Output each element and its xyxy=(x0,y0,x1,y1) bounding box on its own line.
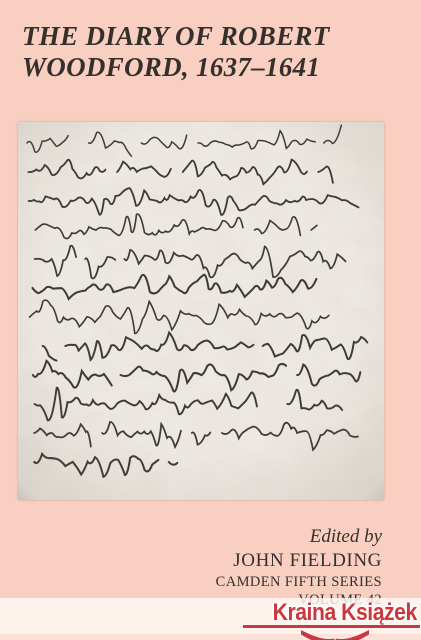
book-title: THE DIARY OF ROBERT WOODFORD, 1637–1641 xyxy=(22,21,330,83)
edited-by-label: Edited by xyxy=(216,526,382,548)
series-title: CAMDEN FIFTH SERIES xyxy=(216,573,382,592)
paper-edge-vignette xyxy=(18,122,384,500)
watermark-text: Kraina Książek xyxy=(273,601,417,625)
book-cover: THE DIARY OF ROBERT WOODFORD, 1637–1641 xyxy=(0,0,421,640)
credits-block: Edited by JOHN FIELDING CAMDEN FIFTH SER… xyxy=(216,526,382,609)
title-line-2: WOODFORD, 1637–1641 xyxy=(22,52,330,83)
title-line-1: THE DIARY OF ROBERT xyxy=(22,21,330,52)
open-book-icon xyxy=(301,629,369,640)
handwriting-svg xyxy=(18,122,384,500)
editor-name: JOHN FIELDING xyxy=(216,548,382,573)
manuscript-image xyxy=(18,122,384,500)
watermark-underline xyxy=(243,625,420,628)
